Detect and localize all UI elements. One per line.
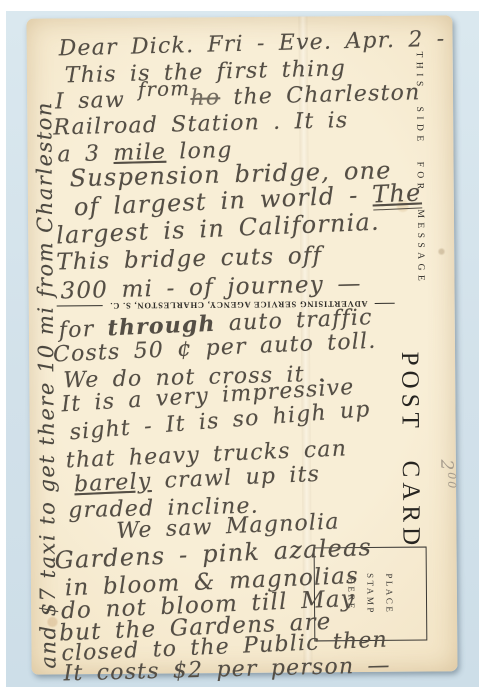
photo-background: THIS SIDE FOR MESSAGE POST CARD ADVERTIS… bbox=[6, 11, 479, 687]
message-line: This bridge cuts off bbox=[56, 243, 323, 276]
message-line: 300 mi - of journey — bbox=[60, 271, 362, 305]
postcard: THIS SIDE FOR MESSAGE POST CARD ADVERTIS… bbox=[26, 15, 457, 674]
message-text: Dear Dick. Fri - Eve. Apr. 2 -This is th… bbox=[26, 15, 457, 674]
message-line: Dear Dick. Fri - Eve. Apr. 2 - bbox=[58, 27, 445, 62]
